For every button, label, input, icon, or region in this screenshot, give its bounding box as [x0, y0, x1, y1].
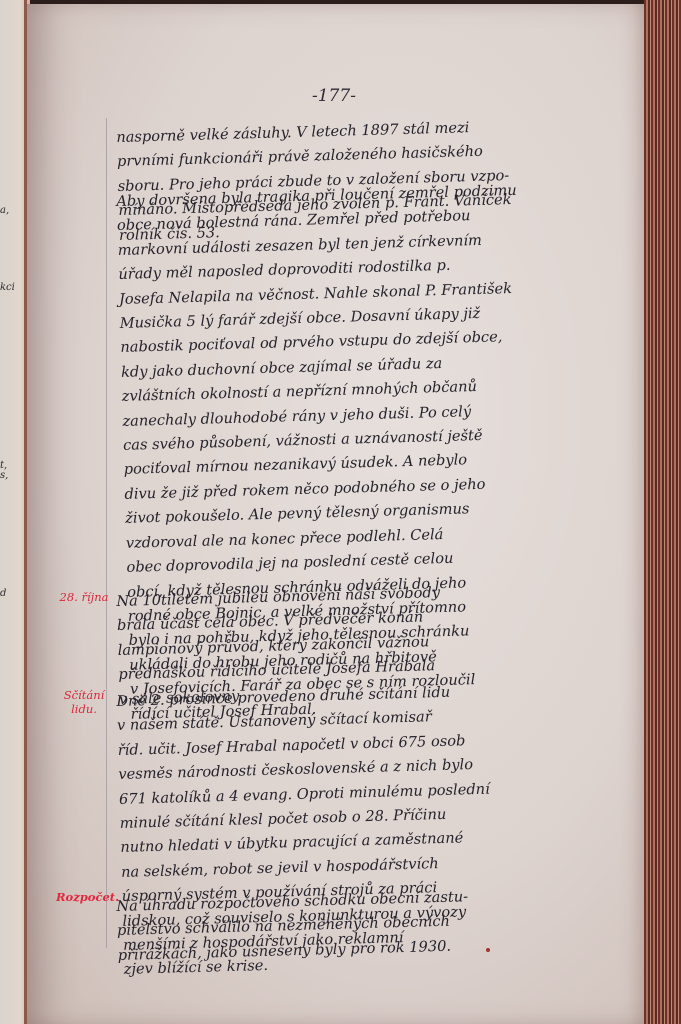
margin-note-date: 28. října — [56, 590, 112, 604]
left-page-fragment: a, — [0, 205, 9, 216]
page-number: -177- — [312, 86, 356, 106]
page-edges — [644, 0, 681, 1024]
ink-stain — [486, 948, 490, 952]
left-page-fragment: kci — [0, 282, 15, 293]
left-page-fragment: d — [0, 588, 6, 599]
paragraph-budget: Na úhradu rozpočtového schodku obecní za… — [116, 880, 638, 968]
margin-note-census: Sčítání lidu. — [56, 688, 112, 716]
left-page-fragment: s, — [0, 470, 8, 481]
margin-rule — [106, 118, 107, 948]
margin-note-budget: Rozpočet. — [56, 890, 112, 904]
